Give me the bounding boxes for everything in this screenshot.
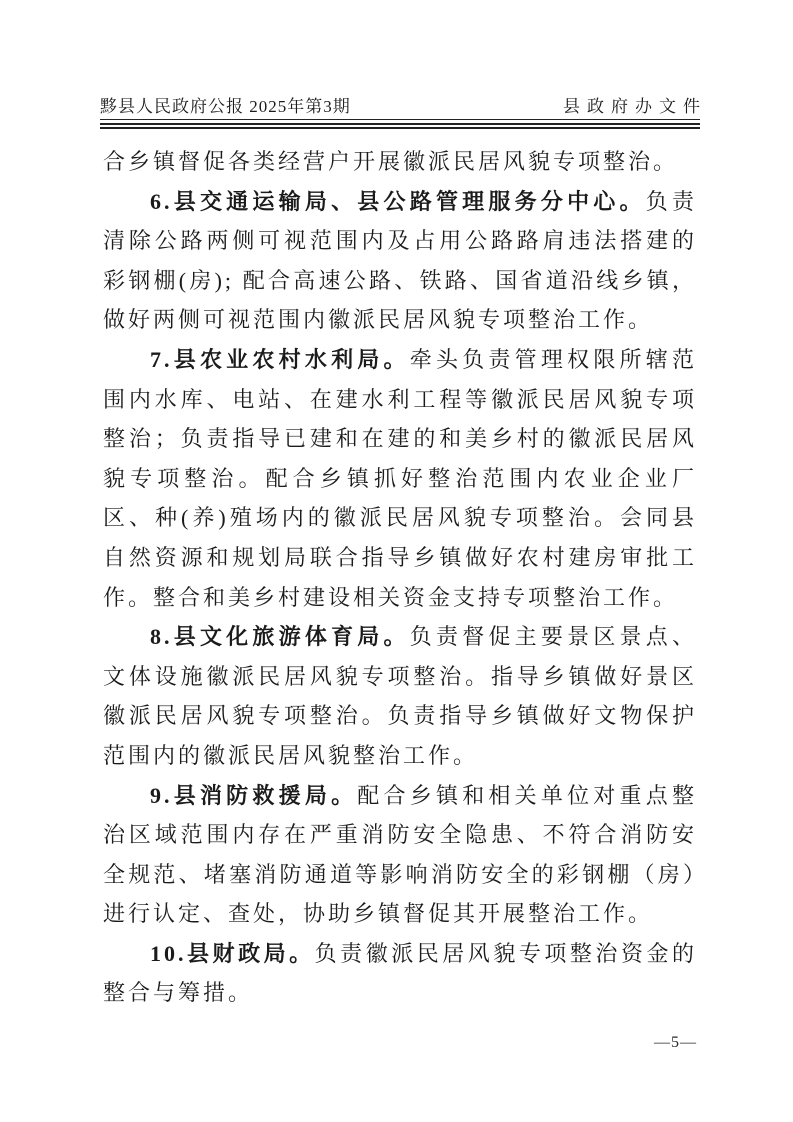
page-number: —5—	[0, 1034, 697, 1052]
paragraph: 合乡镇督促各类经营户开展徽派民居风貌专项整治。	[103, 142, 697, 182]
paragraph-text: 合乡镇督促各类经营户开展徽派民居风貌专项整治。	[103, 149, 678, 174]
section-label: 县政府办文件	[563, 92, 707, 117]
paragraph: 6.县交通运输局、县公路管理服务分中心。负责清除公路两侧可视范围内及占用公路路肩…	[103, 182, 697, 340]
paragraph-lead: 7.县农业农村水利局。	[150, 347, 410, 372]
gazette-title: 黟县人民政府公报 2025年第3期	[100, 92, 351, 117]
paragraph-lead: 8.县文化旅游体育局。	[150, 624, 410, 649]
paragraph: 8.县文化旅游体育局。负责督促主要景区景点、文体设施徽派民居风貌专项整治。指导乡…	[103, 617, 697, 775]
paragraph-lead: 9.县消防救援局。	[150, 783, 357, 808]
paragraph-lead: 10.县财政局。	[150, 941, 315, 966]
document-body: 合乡镇督促各类经营户开展徽派民居风貌专项整治。 6.县交通运输局、县公路管理服务…	[103, 142, 697, 1013]
paragraph-text: 牵头负责管理权限所辖范围内水库、电站、在建水利工程等徽派民居风貌专项整治；负责指…	[103, 347, 697, 610]
paragraph: 9.县消防救援局。配合乡镇和相关单位对重点整治区域范围内存在严重消防安全隐患、不…	[103, 776, 697, 934]
header-row: 黟县人民政府公报 2025年第3期 县政府办文件	[100, 92, 700, 120]
page-header: 黟县人民政府公报 2025年第3期 县政府办文件	[100, 92, 700, 129]
paragraph: 7.县农业农村水利局。牵头负责管理权限所辖范围内水库、电站、在建水利工程等徽派民…	[103, 340, 697, 617]
header-double-rule	[100, 123, 700, 129]
gazette-page: 黟县人民政府公报 2025年第3期 县政府办文件 合乡镇督促各类经营户开展徽派民…	[0, 0, 793, 1122]
paragraph-lead: 6.县交通运输局、县公路管理服务分中心。	[150, 189, 646, 214]
paragraph: 10.县财政局。负责徽派民居风貌专项整治资金的整合与筹措。	[103, 934, 697, 1013]
